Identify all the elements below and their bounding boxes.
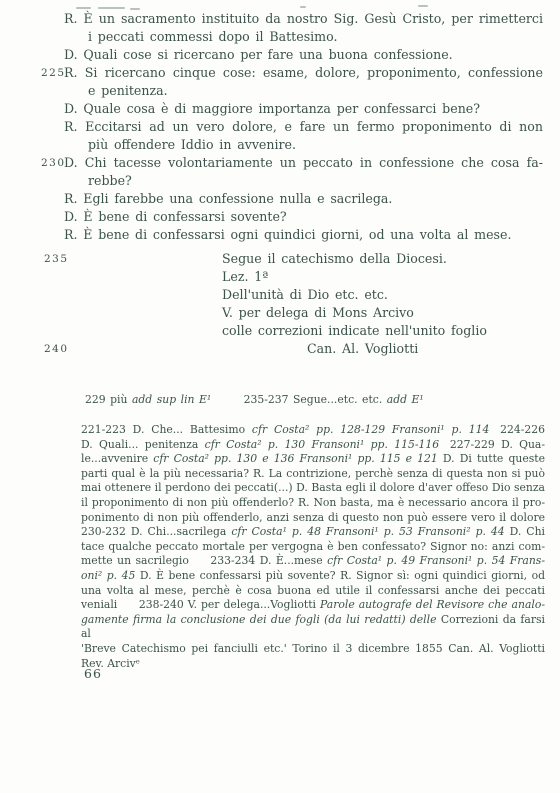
apparatus-text: 221-223 D. Che... Battesimo — [81, 423, 252, 436]
page-number: 66 — [84, 666, 102, 681]
apparatus-text: 227-229 D. Qua- — [439, 438, 545, 451]
apparatus-text: cfr Costa² p. 130 Fransoni¹ pp. 115-116 — [205, 438, 439, 451]
line-text: D. Quali cose si ricercano per fare una … — [64, 47, 453, 62]
line-text: R. Eccitarsi ad un vero dolore, e fare u… — [64, 119, 543, 134]
catechism-line: R. Eccitarsi ad un vero dolore, e fare u… — [64, 118, 543, 136]
apparatus-text: cfr Costa² pp. 130 e 136 Fransoni¹ pp. 1… — [153, 452, 437, 465]
critical-apparatus: 221-223 D. Che... Battesimo cfr Costa² p… — [81, 423, 545, 671]
apparatus-line: il proponimento di non più offenderlo? R… — [81, 496, 545, 511]
catechism-line: R. È un sacramento instituito da nostro … — [64, 10, 543, 28]
apparatus-text: D. Chi — [505, 525, 545, 538]
line-text: più offendere Iddio in avvenire. — [88, 137, 296, 152]
variant-text: 235-237 Segue...etc. etc. — [211, 393, 387, 406]
apparatus-line: veniali 238-240 V. per delega...Vogliott… — [81, 598, 545, 613]
apparatus-line: una volta al mese, perchè è cosa buona e… — [81, 584, 545, 599]
variant-apparatus: 229 più add sup lin E¹ 235-237 Segue...e… — [85, 392, 547, 407]
apparatus-line: le...avvenire cfr Costa² pp. 130 e 136 F… — [81, 452, 545, 467]
closing-note-block: 235Segue il catechismo della Diocesi. Le… — [0, 250, 560, 358]
apparatus-text: oni² p. 45 — [81, 569, 135, 582]
line-text: D. È bene di confessarsi sovente? — [64, 209, 287, 224]
apparatus-text: veniali 238-240 V. per delega...Vogliott… — [81, 598, 320, 611]
apparatus-text: Parole autografe del Revisore che analo- — [320, 598, 545, 611]
signature: 240Can. Al. Vogliotti — [307, 340, 560, 358]
line-text: rebbe? — [88, 173, 132, 188]
variant-text: add sup lin E¹ — [132, 393, 211, 406]
apparatus-line: parti qual è la più necessaria? R. La co… — [81, 467, 545, 482]
book-page: R. È un sacramento instituito da nostro … — [0, 0, 560, 793]
catechism-block: R. È un sacramento instituito da nostro … — [0, 10, 560, 244]
closing-line: V. per delega di Mons Arcivo — [222, 304, 560, 322]
apparatus-text: cfr Costa¹ p. 48 Fransoni¹ p. 53 Franson… — [231, 525, 504, 538]
line-number: 235 — [44, 251, 69, 267]
line-text: Dell'unità di Dio etc. etc. — [222, 287, 388, 302]
apparatus-text: il proponimento di non più offenderlo? R… — [81, 496, 545, 509]
catechism-line: più offendere Iddio in avvenire. — [88, 136, 543, 154]
apparatus-line: mai ottenere il perdono dei peccati(...)… — [81, 481, 545, 496]
apparatus-line: D. Quali... penitenza cfr Costa² p. 130 … — [81, 438, 545, 453]
closing-line: Lez. 1ª — [222, 268, 560, 286]
apparatus-line: Rev. Arcivᵉ — [81, 657, 545, 672]
apparatus-line: gamente firma la conclusione dei due fog… — [81, 613, 545, 642]
line-text: D. Chi tacesse volontariamente un peccat… — [64, 155, 543, 170]
apparatus-text: cfr Costa² pp. 128-129 Fransoni¹ p. 114 — [252, 423, 489, 436]
line-text: e penitenza. — [88, 83, 168, 98]
line-text: R. È bene di confessarsi ogni quindici g… — [64, 227, 511, 242]
line-text: i peccati commessi dopo il Battesimo. — [88, 29, 338, 44]
apparatus-line: tace qualche peccato mortale per vergogn… — [81, 540, 545, 555]
apparatus-line: 221-223 D. Che... Battesimo cfr Costa² p… — [81, 423, 545, 438]
apparatus-text: mai ottenere il perdono dei peccati(...)… — [81, 481, 545, 494]
line-number: 225 — [41, 65, 66, 81]
apparatus-text: 230-232 D. Chi...sacrilega — [81, 525, 231, 538]
catechism-line: 225R. Si ricercano cinque cose: esame, d… — [64, 64, 543, 82]
apparatus-text: le...avvenire — [81, 452, 153, 465]
catechism-line: D. Quali cose si ricercano per fare una … — [64, 46, 543, 64]
line-number: 240 — [44, 341, 69, 357]
apparatus-text: una volta al mese, perchè è cosa buona e… — [81, 584, 545, 597]
line-text: R. Egli farebbe una confessione nulla e … — [64, 191, 392, 206]
catechism-line: i peccati commessi dopo il Battesimo. — [88, 28, 543, 46]
line-text: Can. Al. Vogliotti — [307, 341, 418, 356]
catechism-line: rebbe? — [88, 172, 543, 190]
line-text: R. Si ricercano cinque cose: esame, dolo… — [64, 65, 543, 80]
line-text: Segue il catechismo della Diocesi. — [222, 251, 447, 266]
apparatus-text: tace qualche peccato mortale per vergogn… — [81, 540, 545, 553]
catechism-line: R. È bene di confessarsi ogni quindici g… — [64, 226, 543, 244]
apparatus-text: 224-226 — [489, 423, 545, 436]
line-number: 230 — [41, 155, 66, 171]
apparatus-text: 'Breve Catechismo pei fanciulli etc.' To… — [81, 642, 545, 655]
apparatus-text: ponimento di non più offenderlo, anzi se… — [81, 511, 545, 524]
line-text: D. Quale cosa è di maggiore importanza p… — [64, 101, 480, 116]
apparatus-line: oni² p. 45 D. È bene confessarsi più sov… — [81, 569, 545, 584]
line-text: R. È un sacramento instituito da nostro … — [64, 11, 543, 26]
apparatus-text: parti qual è la più necessaria? R. La co… — [81, 467, 545, 480]
catechism-line: e penitenza. — [88, 82, 543, 100]
apparatus-line: mette un sacrilegio 233-234 D. È...mese … — [81, 554, 545, 569]
catechism-line: D. È bene di confessarsi sovente? — [64, 208, 543, 226]
variant-text: 229 più — [85, 393, 132, 406]
apparatus-text: D. Di tutte queste — [438, 452, 545, 465]
apparatus-text: D. È bene confessarsi più sovente? R. Si… — [135, 569, 545, 582]
catechism-line: 230D. Chi tacesse volontariamente un pec… — [64, 154, 543, 172]
line-text: V. per delega di Mons Arcivo — [222, 305, 414, 320]
closing-line: Dell'unità di Dio etc. etc. — [222, 286, 560, 304]
apparatus-text: mette un sacrilegio 233-234 D. È...mese — [81, 554, 327, 567]
apparatus-line: ponimento di non più offenderlo, anzi se… — [81, 511, 545, 526]
apparatus-line: 'Breve Catechismo pei fanciulli etc.' To… — [81, 642, 545, 657]
apparatus-line: 230-232 D. Chi...sacrilega cfr Costa¹ p.… — [81, 525, 545, 540]
catechism-line: R. Egli farebbe una confessione nulla e … — [64, 190, 543, 208]
apparatus-text: D. Quali... penitenza — [81, 438, 205, 451]
catechism-line: D. Quale cosa è di maggiore importanza p… — [64, 100, 543, 118]
closing-line: colle correzioni indicate nell'unito fog… — [222, 322, 560, 340]
apparatus-text: gamente firma la conclusione dei due fog… — [81, 613, 441, 626]
apparatus-text: cfr Costa¹ p. 49 Fransoni¹ p. 54 Frans- — [327, 554, 545, 567]
line-text: Lez. 1ª — [222, 269, 268, 284]
variant-text: add E¹ — [387, 393, 424, 406]
line-text: colle correzioni indicate nell'unito fog… — [222, 323, 487, 338]
closing-line: 235Segue il catechismo della Diocesi. — [222, 250, 560, 268]
